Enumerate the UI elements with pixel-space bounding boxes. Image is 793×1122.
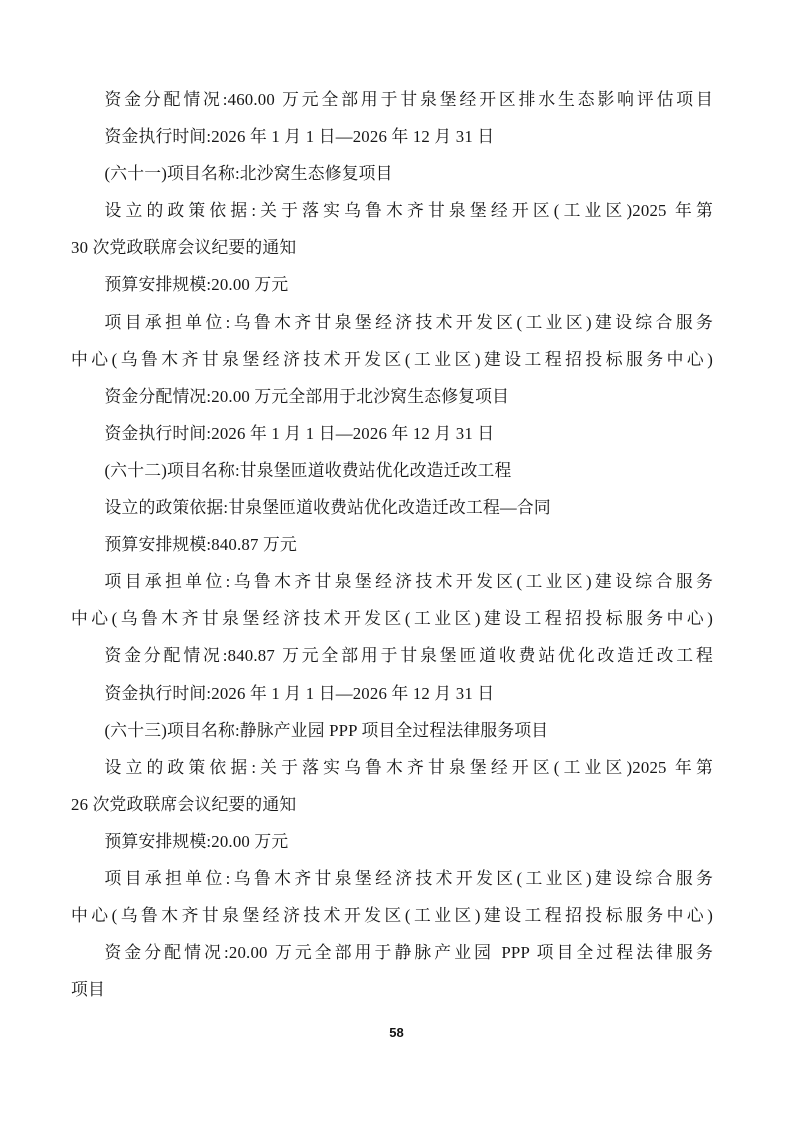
document-page: 资金分配情况:460.00 万元全部用于甘泉堡经开区排水生态影响评估项目 资金执…: [0, 0, 793, 1122]
document-line: 资金分配情况:20.00 万元全部用于静脉产业园 PPP 项目全过程法律服务: [71, 934, 713, 971]
document-line: 中心(乌鲁木齐甘泉堡经济技术开发区(工业区)建设工程招投标服务中心): [71, 600, 713, 637]
document-line: (六十二)项目名称:甘泉堡匝道收费站优化改造迁改工程: [71, 452, 713, 489]
document-line: (六十一)项目名称:北沙窝生态修复项目: [71, 155, 713, 192]
document-line: 30 次党政联席会议纪要的通知: [71, 229, 713, 266]
document-line: 预算安排规模:20.00 万元: [71, 266, 713, 303]
document-line: 设立的政策依据:甘泉堡匝道收费站优化改造迁改工程—合同: [71, 489, 713, 526]
document-body: 资金分配情况:460.00 万元全部用于甘泉堡经开区排水生态影响评估项目 资金执…: [71, 81, 713, 1008]
document-line: 26 次党政联席会议纪要的通知: [71, 786, 713, 823]
document-line: 设立的政策依据:关于落实乌鲁木齐甘泉堡经开区(工业区)2025 年第: [71, 749, 713, 786]
document-line: 中心(乌鲁木齐甘泉堡经济技术开发区(工业区)建设工程招投标服务中心): [71, 897, 713, 934]
document-line: 预算安排规模:20.00 万元: [71, 823, 713, 860]
document-line: 设立的政策依据:关于落实乌鲁木齐甘泉堡经开区(工业区)2025 年第: [71, 192, 713, 229]
document-line: 项目: [71, 971, 713, 1008]
document-line: 资金分配情况:20.00 万元全部用于北沙窝生态修复项目: [71, 378, 713, 415]
document-line: 资金执行时间:2026 年 1 月 1 日—2026 年 12 月 31 日: [71, 118, 713, 155]
document-line: 资金分配情况:840.87 万元全部用于甘泉堡匝道收费站优化改造迁改工程: [71, 637, 713, 674]
document-line: 项目承担单位:乌鲁木齐甘泉堡经济技术开发区(工业区)建设综合服务: [71, 563, 713, 600]
document-line: 项目承担单位:乌鲁木齐甘泉堡经济技术开发区(工业区)建设综合服务: [71, 860, 713, 897]
document-line: 预算安排规模:840.87 万元: [71, 526, 713, 563]
document-line: 资金执行时间:2026 年 1 月 1 日—2026 年 12 月 31 日: [71, 675, 713, 712]
document-line: 中心(乌鲁木齐甘泉堡经济技术开发区(工业区)建设工程招投标服务中心): [71, 341, 713, 378]
document-line: (六十三)项目名称:静脉产业园 PPP 项目全过程法律服务项目: [71, 712, 713, 749]
document-line: 资金分配情况:460.00 万元全部用于甘泉堡经开区排水生态影响评估项目: [71, 81, 713, 118]
page-number: 58: [0, 1025, 793, 1040]
document-line: 资金执行时间:2026 年 1 月 1 日—2026 年 12 月 31 日: [71, 415, 713, 452]
document-line: 项目承担单位:乌鲁木齐甘泉堡经济技术开发区(工业区)建设综合服务: [71, 304, 713, 341]
